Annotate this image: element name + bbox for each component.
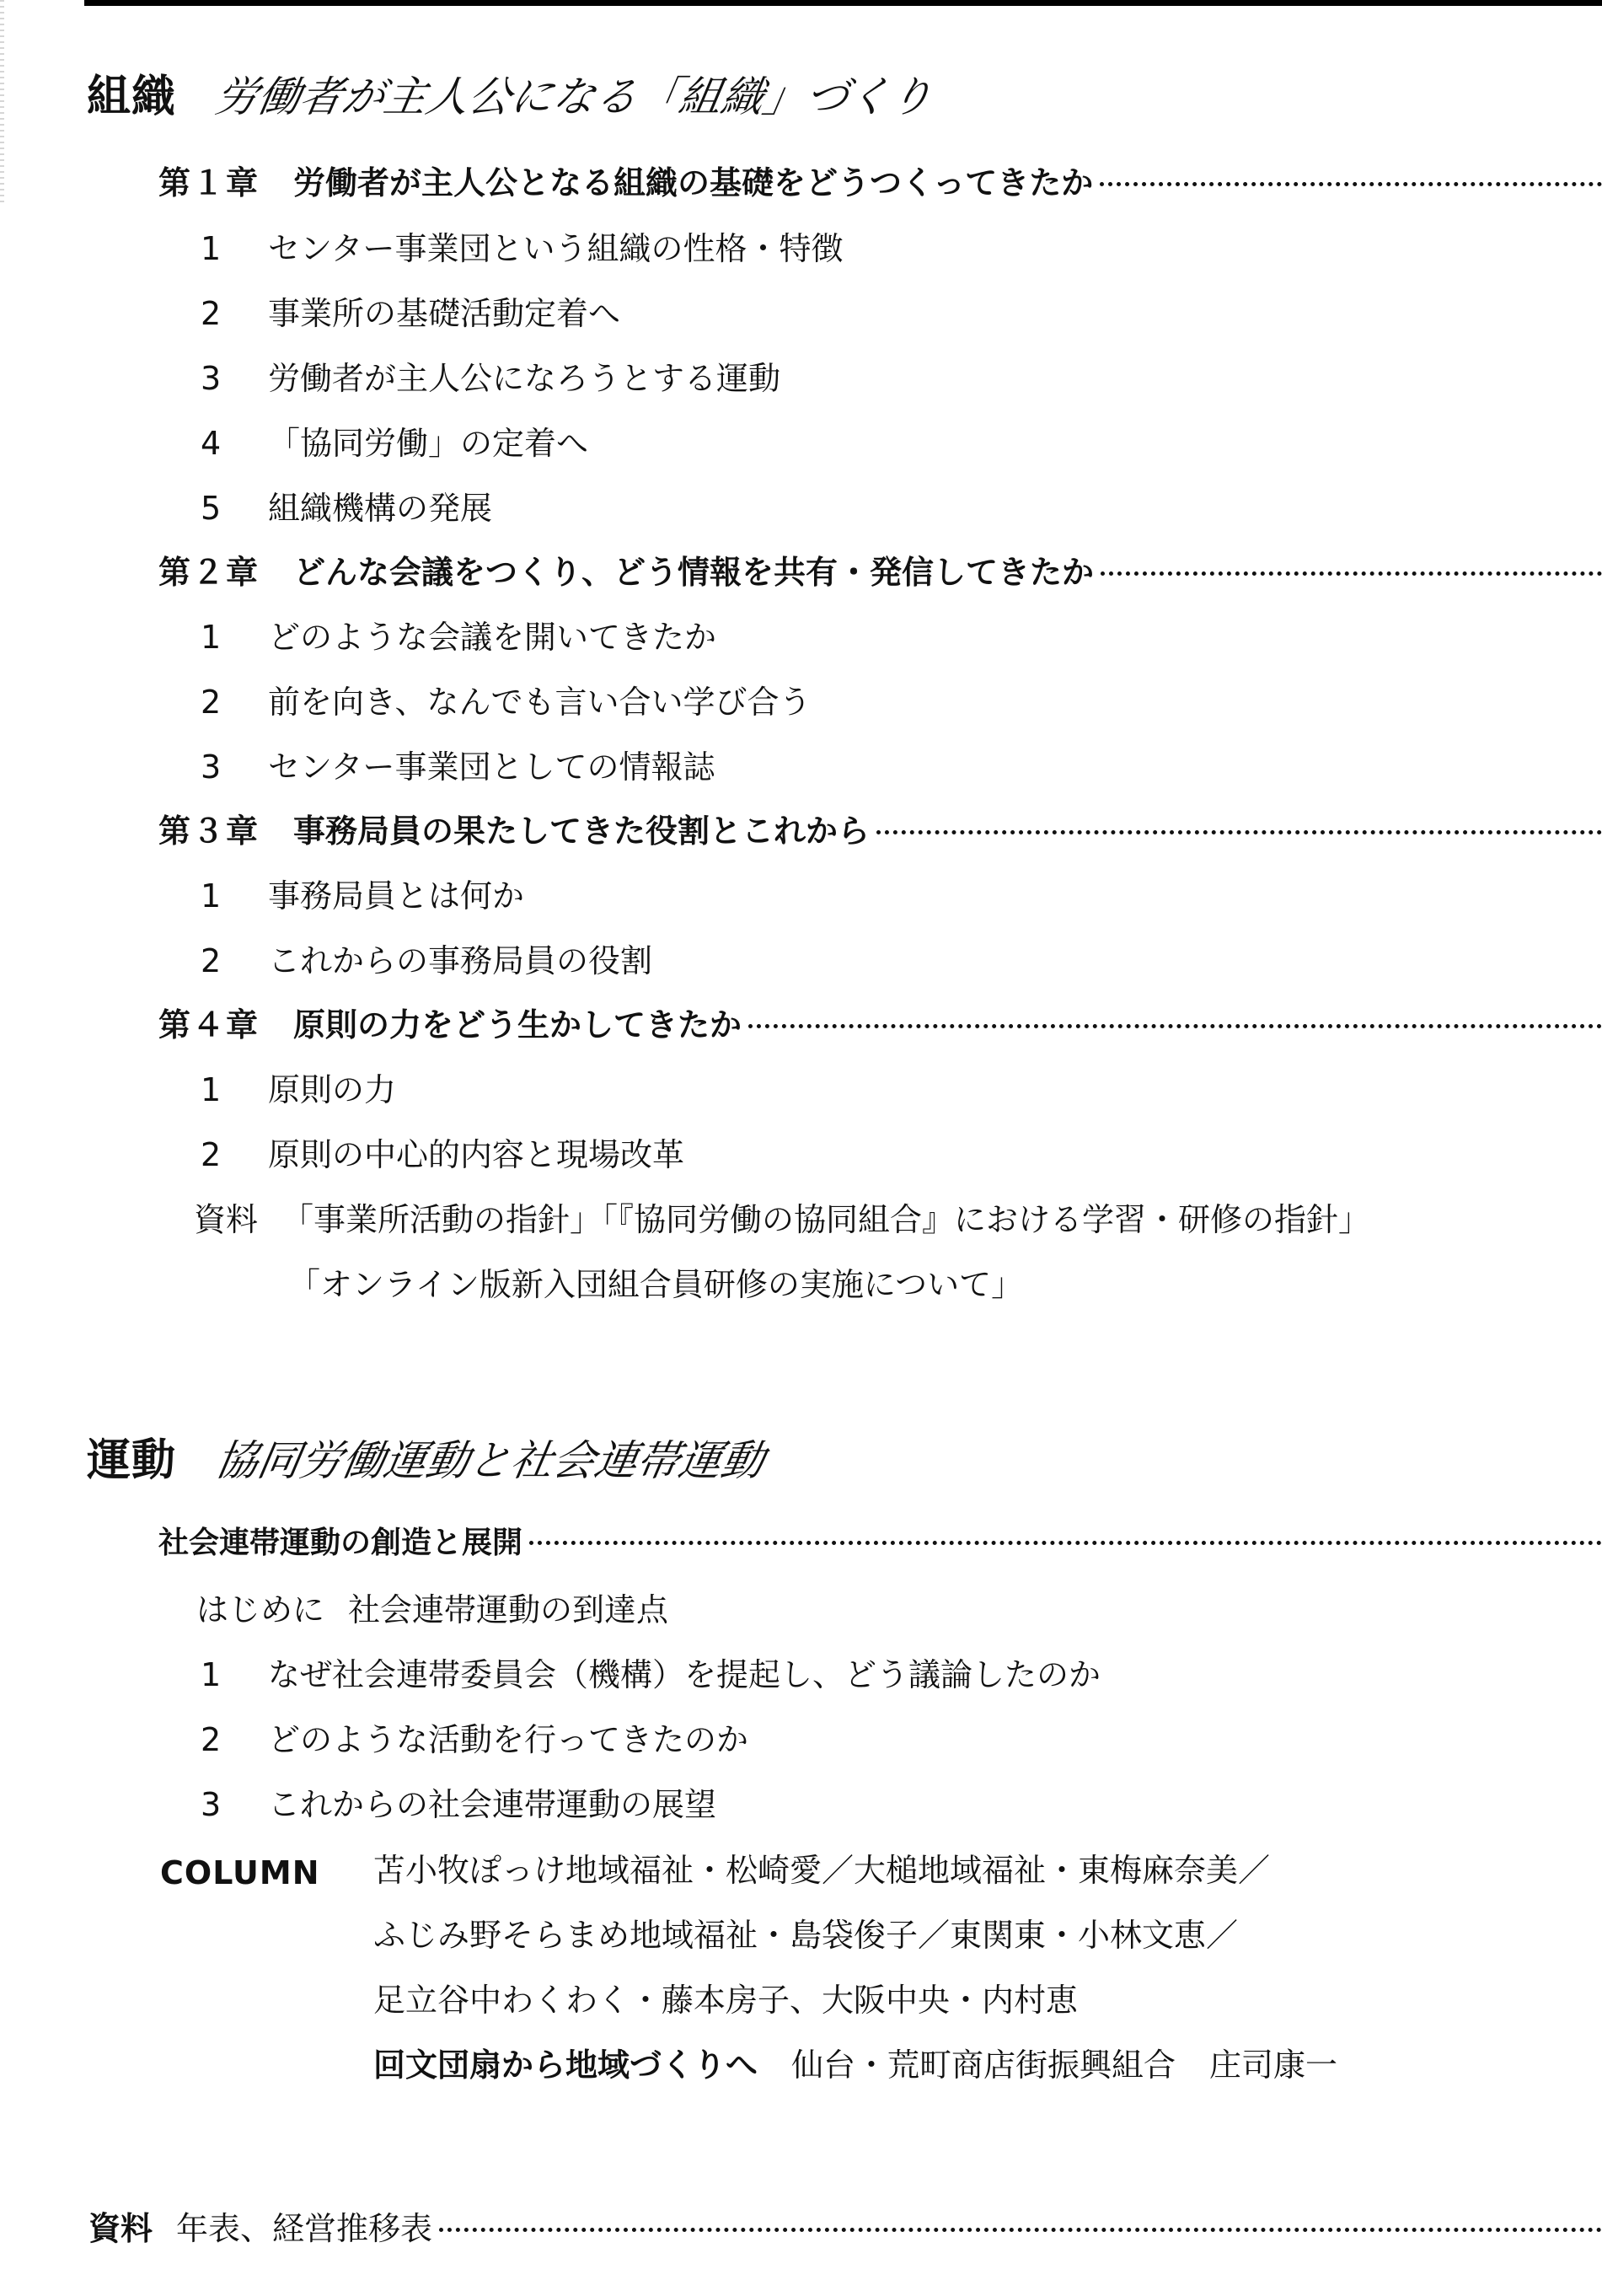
intro-label: はじめに xyxy=(196,1594,324,1626)
part-subtitle: 労働者が主人公になる「組織」づくり xyxy=(212,63,939,124)
chapter-title: 労働者が主人公となる組織の基礎をどうつくってきたか xyxy=(293,167,1093,199)
dot-leader xyxy=(439,2228,1602,2232)
toc-section[interactable]: 1 なぜ社会連帯委員会（機構）を提起し、どう議論したのか xyxy=(201,1659,1101,1691)
part-heading-organization: 組織 労働者が主人公になる「組織」づくり xyxy=(87,61,933,124)
dot-leader xyxy=(529,1541,1602,1545)
toc-section[interactable]: 2 どのような活動を行ってきたのか xyxy=(201,1724,748,1756)
chapter-title: 事務局員の果たしてきた役割とこれから xyxy=(293,815,870,847)
chapter-title: 原則の力をどう生かしてきたか xyxy=(293,1009,742,1041)
toc-appendix[interactable]: 資料 年表、経営推移表 xyxy=(88,2213,1602,2245)
chapter-number: 第３章 xyxy=(158,815,260,847)
materials-line-2: 「オンライン版新入団組合員研修の実施について」 xyxy=(288,1269,1023,1301)
toc-section[interactable]: 1 どのような会議を開いてきたか xyxy=(201,621,716,653)
section-title: 事業所の基礎活動定着へ xyxy=(268,298,620,330)
column-feature[interactable]: 回文団扇から地域づくりへ 仙台・荒町商店街振興組合 庄司康一 xyxy=(373,2049,1337,2081)
column-authors: 苫小牧ぽっけ地域福祉・松崎愛／大槌地域福祉・東梅麻奈美／ xyxy=(373,1854,1270,1886)
section-number: 2 xyxy=(201,298,268,330)
toc-chapter-social-solidarity[interactable]: 社会連帯運動の創造と展開 xyxy=(158,1528,1602,1558)
section-number: 3 xyxy=(201,1789,268,1821)
feature-author: 庄司康一 xyxy=(1209,2049,1337,2081)
toc-section[interactable]: 4 「協同労働」の定着へ xyxy=(201,427,588,459)
column-label: COLUMN xyxy=(160,1854,320,1891)
column-authors: 足立谷中わくわく・藤本房子、大阪中央・内村恵 xyxy=(373,1984,1078,2016)
chapter-title: どんな会議をつくり、どう情報を共有・発信してきたか xyxy=(293,556,1094,588)
toc-intro[interactable]: はじめに 社会連帯運動の到達点 xyxy=(196,1594,668,1626)
section-title: 原則の力 xyxy=(268,1074,396,1106)
toc-chapter-1[interactable]: 第１章 労働者が主人公となる組織の基礎をどうつくってきたか xyxy=(158,167,1602,199)
section-title: 原則の中心的内容と現場改革 xyxy=(268,1139,684,1171)
toc-chapter-3[interactable]: 第３章 事務局員の果たしてきた役割とこれから xyxy=(158,815,1602,847)
toc-section[interactable]: 3 これからの社会連帯運動の展望 xyxy=(201,1789,716,1821)
chapter-number: 第２章 xyxy=(158,556,260,588)
toc-section[interactable]: 1 事務局員とは何か xyxy=(201,880,524,912)
section-title: なぜ社会連帯委員会（機構）を提起し、どう議論したのか xyxy=(268,1659,1101,1691)
materials-label: 資料 xyxy=(194,1204,258,1236)
toc-section[interactable]: 5 組織機構の発展 xyxy=(201,492,492,524)
section-title: 「協同労働」の定着へ xyxy=(268,427,588,459)
section-number: 2 xyxy=(201,945,268,977)
section-number: 2 xyxy=(201,1139,268,1171)
section-title: どのような会議を開いてきたか xyxy=(268,621,716,653)
section-number: 5 xyxy=(201,492,268,524)
section-title: センター事業団としての情報誌 xyxy=(268,751,715,783)
toc-section[interactable]: 2 これからの事務局員の役割 xyxy=(201,945,652,977)
feature-title: 回文団扇から地域づくりへ xyxy=(373,2049,758,2081)
part-label: 組織 xyxy=(87,61,176,124)
materials-line-1: 「事業所活動の指針」「『協同労働の協同組合』における学習・研修の指針」 xyxy=(281,1204,1370,1236)
section-number: 4 xyxy=(201,427,268,459)
chapter-number: 第１章 xyxy=(158,167,260,199)
dot-leader xyxy=(876,830,1602,834)
section-title: 労働者が主人公になろうとする運動 xyxy=(268,362,780,394)
section-number: 2 xyxy=(201,1724,268,1756)
feature-org: 仙台・荒町商店街振興組合 xyxy=(791,2049,1176,2081)
dot-leader xyxy=(748,1024,1602,1028)
toc-materials[interactable]: 資料 「事業所活動の指針」「『協同労働の協同組合』における学習・研修の指針」 xyxy=(194,1204,1370,1236)
column-line[interactable]: 苫小牧ぽっけ地域福祉・松崎愛／大槌地域福祉・東梅麻奈美／ xyxy=(373,1854,1270,1886)
dot-leader xyxy=(1100,182,1602,186)
section-title: 前を向き、なんでも言い合い学び合う xyxy=(268,686,811,718)
column-line[interactable]: 足立谷中わくわく・藤本房子、大阪中央・内村恵 xyxy=(373,1984,1078,2016)
section-number: 1 xyxy=(201,621,268,653)
chapter-number: 第４章 xyxy=(158,1009,260,1041)
toc-section[interactable]: 2 前を向き、なんでも言い合い学び合う xyxy=(201,686,811,718)
toc-section[interactable]: 3 センター事業団としての情報誌 xyxy=(201,751,715,783)
section-title: センター事業団という組織の性格・特徴 xyxy=(268,233,843,265)
chapter-title: 社会連帯運動の創造と展開 xyxy=(158,1528,522,1558)
section-number: 1 xyxy=(201,880,268,912)
column-line[interactable]: ふじみ野そらまめ地域福祉・島袋俊子／東関東・小林文恵／ xyxy=(373,1919,1238,1951)
appendix-title: 年表、経営推移表 xyxy=(176,2213,432,2245)
section-number: 2 xyxy=(201,686,268,718)
section-title: 事務局員とは何か xyxy=(268,880,524,912)
part-label: 運動 xyxy=(87,1424,176,1488)
section-number: 1 xyxy=(201,1659,268,1691)
section-title: どのような活動を行ってきたのか xyxy=(268,1724,748,1756)
section-number: 3 xyxy=(201,751,268,783)
part-subtitle: 協同労働運動と社会連帯運動 xyxy=(212,1427,770,1488)
appendix-label: 資料 xyxy=(88,2213,153,2245)
section-title: これからの事務局員の役割 xyxy=(268,945,652,977)
section-title: これからの社会連帯運動の展望 xyxy=(268,1789,716,1821)
toc-section[interactable]: 1 センター事業団という組織の性格・特徴 xyxy=(201,233,843,265)
section-number: 3 xyxy=(201,362,268,394)
section-title: 組織機構の発展 xyxy=(268,492,492,524)
toc-chapter-2[interactable]: 第２章 どんな会議をつくり、どう情報を共有・発信してきたか xyxy=(158,556,1602,588)
toc-section[interactable]: 2 原則の中心的内容と現場改革 xyxy=(201,1139,684,1171)
toc-section[interactable]: 1 原則の力 xyxy=(201,1074,396,1106)
section-number: 1 xyxy=(201,233,268,265)
dot-leader xyxy=(1101,571,1602,576)
toc-section[interactable]: 3 労働者が主人公になろうとする運動 xyxy=(201,362,780,394)
intro-title: 社会連帯運動の到達点 xyxy=(348,1594,668,1626)
scan-noise xyxy=(0,0,4,202)
toc-section[interactable]: 2 事業所の基礎活動定着へ xyxy=(201,298,620,330)
column-authors: ふじみ野そらまめ地域福祉・島袋俊子／東関東・小林文恵／ xyxy=(373,1919,1238,1951)
section-number: 1 xyxy=(201,1074,268,1106)
toc-chapter-4[interactable]: 第４章 原則の力をどう生かしてきたか xyxy=(158,1009,1602,1041)
part-heading-movement: 運動 協同労働運動と社会連帯運動 xyxy=(87,1424,764,1488)
top-rule xyxy=(84,0,1602,6)
toc-materials-continued[interactable]: 「オンライン版新入団組合員研修の実施について」 xyxy=(288,1269,1023,1301)
